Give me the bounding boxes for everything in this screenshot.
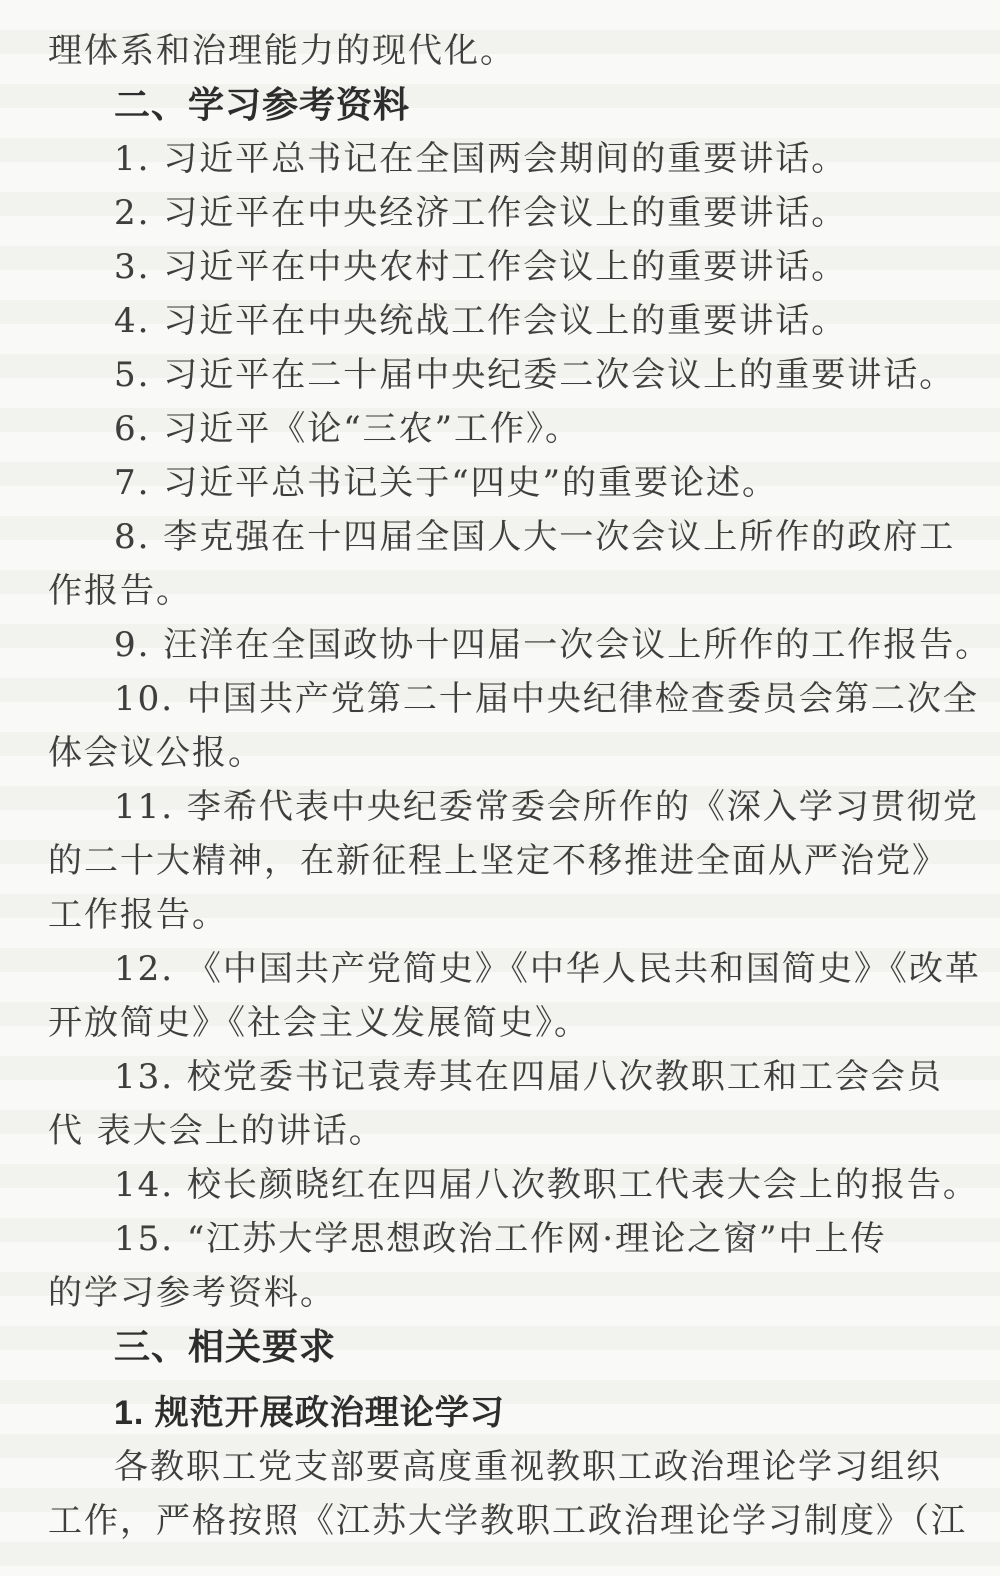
text-line: 6. 习近平《论“三农”工作》。 — [48, 402, 966, 456]
text-line: 9. 汪洋在全国政协十四届一次会议上所作的工作报告。 — [48, 618, 966, 672]
text-line: 10. 中国共产党第二十届中央纪律检查委员会第二次全 — [48, 672, 966, 726]
text-line: 3. 习近平在中央农村工作会议上的重要讲话。 — [48, 240, 966, 294]
text-line: 理体系和治理能力的现代化。 — [48, 24, 966, 78]
text-line: 作报告。 — [48, 564, 966, 618]
text-line: 2. 习近平在中央经济工作会议上的重要讲话。 — [48, 186, 966, 240]
text-line: 体会议公报。 — [48, 726, 966, 780]
text-line: 的二十大精神，在新征程上坚定不移推进全面从严治党》 — [48, 834, 966, 888]
document-body: 理体系和治理能力的现代化。二、学习参考资料1. 习近平总书记在全国两会期间的重要… — [48, 24, 966, 1548]
text-line: 12. 《中国共产党简史》《中华人民共和国简史》《改革 — [48, 942, 966, 996]
text-line: 7. 习近平总书记关于“四史”的重要论述。 — [48, 456, 966, 510]
text-line: 的学习参考资料。 — [48, 1266, 966, 1320]
text-line: 14. 校长颜晓红在四届八次教职工代表大会上的报告。 — [48, 1158, 966, 1212]
text-line: 各教职工党支部要高度重视教职工政治理论学习组织 — [48, 1440, 966, 1494]
text-line: 11. 李希代表中央纪委常委会所作的《深入学习贯彻党 — [48, 780, 966, 834]
text-line: 15. “江苏大学思想政治工作网·理论之窗”中上传 — [48, 1212, 966, 1266]
section-heading: 三、相关要求 — [48, 1320, 966, 1374]
text-line: 1. 习近平总书记在全国两会期间的重要讲话。 — [48, 132, 966, 186]
text-line: 8. 李克强在十四届全国人大一次会议上所作的政府工 — [48, 510, 966, 564]
section-heading: 二、学习参考资料 — [48, 78, 966, 132]
text-line: 开放简史》《社会主义发展简史》。 — [48, 996, 966, 1050]
text-line: 工作报告。 — [48, 888, 966, 942]
text-line: 工作，严格按照《江苏大学教职工政治理论学习制度》（江 — [48, 1494, 966, 1548]
sub-heading: 1. 规范开展政治理论学习 — [48, 1386, 966, 1440]
text-line: 13. 校党委书记袁寿其在四届八次教职工和工会会员 — [48, 1050, 966, 1104]
text-line: 4. 习近平在中央统战工作会议上的重要讲话。 — [48, 294, 966, 348]
document-page: 理体系和治理能力的现代化。二、学习参考资料1. 习近平总书记在全国两会期间的重要… — [0, 0, 1000, 1576]
text-line: 5. 习近平在二十届中央纪委二次会议上的重要讲话。 — [48, 348, 966, 402]
text-line: 代 表大会上的讲话。 — [48, 1104, 966, 1158]
